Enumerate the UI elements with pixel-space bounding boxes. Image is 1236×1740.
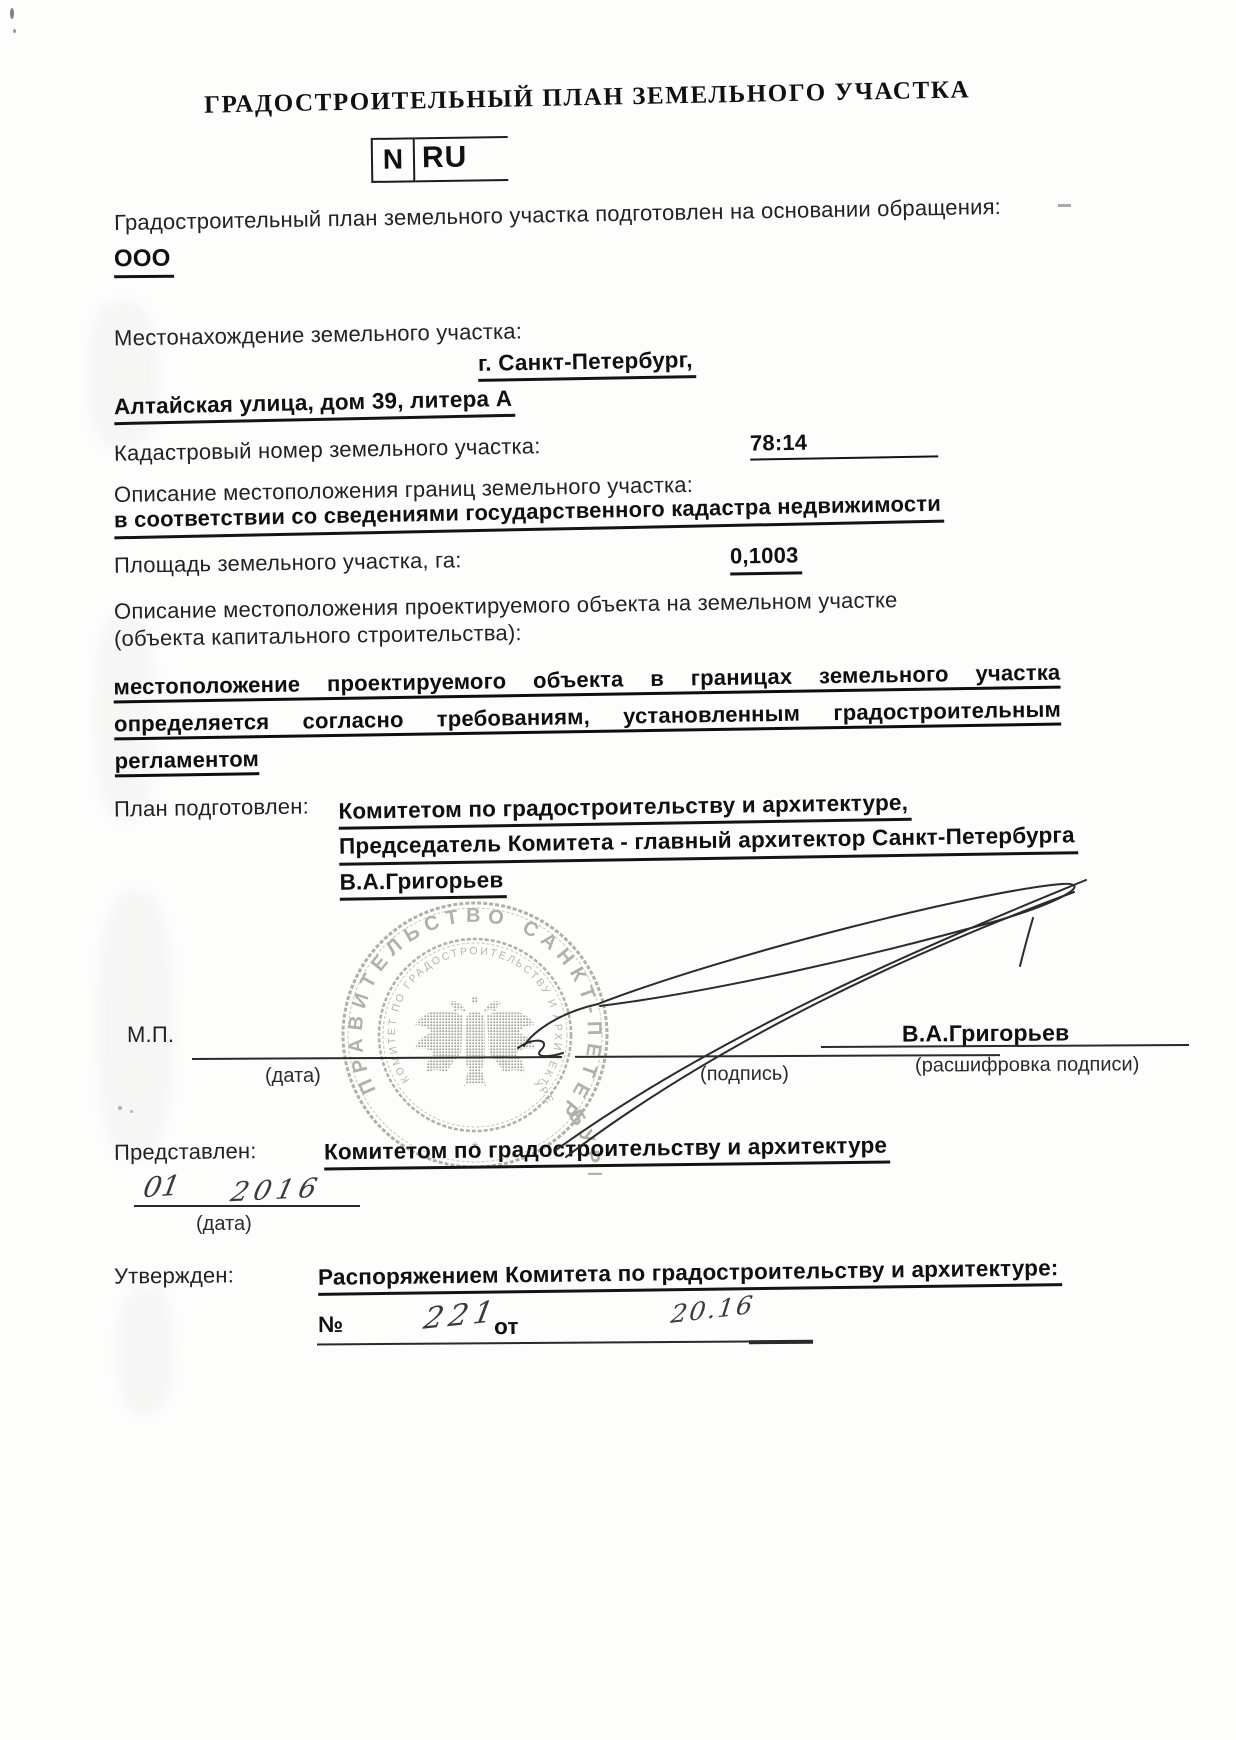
number-box: N RU [371, 136, 509, 183]
object-location-label-2: (объекта капитального строительства): [114, 619, 522, 654]
basis-label: Градостроительный план земельного участк… [114, 193, 1001, 238]
sign-caption: (подпись) [700, 1062, 789, 1087]
submitted-date-line [134, 1205, 360, 1207]
submitted-date-caption: (дата) [196, 1212, 252, 1236]
scan-smudge [118, 1285, 173, 1415]
prepared-value-line-3: В.А.Григорьев [339, 865, 506, 901]
document-page: ГРАДОСТРОИТЕЛЬНЫЙ ПЛАН ЗЕМЕЛЬНОГО УЧАСТК… [0, 0, 1236, 1740]
seal-eagle-icon [415, 997, 535, 1087]
location-city-value: г. Санкт-Петербург, [478, 345, 696, 382]
location-address-value: Алтайская улица, дом 39, литера А [114, 384, 516, 426]
number-box-n: N [371, 137, 416, 183]
area-value: 0,1003 [730, 541, 802, 575]
approved-number-label: № [318, 1310, 344, 1339]
approved-ot-label: от [494, 1312, 519, 1341]
area-label: Площадь земельного участка, га: [114, 546, 462, 580]
location-label: Местонахождение земельного участка: [114, 317, 523, 353]
prepared-value: Комитетом по градостроительству и архите… [338, 785, 1078, 900]
submitted-label: Представлен: [114, 1137, 257, 1167]
submitted-value: Комитетом по градостроительству и архите… [324, 1131, 891, 1171]
scan-speck [13, 29, 16, 33]
approved-label: Утвержден: [114, 1261, 234, 1291]
seal-place-label: М.П. [127, 1021, 174, 1050]
date-caption: (дата) [265, 1064, 321, 1088]
applicant-value: ООО [114, 243, 174, 279]
approved-line-end [749, 1340, 813, 1344]
cadastral-value-box: 78:14 [750, 426, 939, 460]
cadastral-value: 78:14 [750, 430, 808, 456]
name-caption: (расшифровка подписи) [915, 1052, 1139, 1077]
approved-handwritten-date: 20.16 [669, 1290, 756, 1329]
cadastral-label: Кадастровый номер земельного участка: [114, 432, 541, 468]
scan-speck [1058, 204, 1071, 207]
page-title: ГРАДОСТРОИТЕЛЬНЫЙ ПЛАН ЗЕМЕЛЬНОГО УЧАСТК… [204, 76, 971, 119]
prepared-label: План подготовлен: [114, 792, 309, 824]
object-location-value: местоположение проектируемого объекта в … [113, 654, 1062, 780]
submitted-handwritten-month: 01 [141, 1169, 183, 1204]
scan-speck [10, 8, 14, 19]
scan-smudge [88, 300, 158, 450]
submitted-handwritten-year: 2016 [228, 1173, 325, 1209]
approved-line [317, 1340, 749, 1345]
number-box-ru: RU [415, 136, 509, 182]
approved-handwritten-number: 221 [421, 1294, 501, 1336]
approved-value: Распоряжением Комитета по градостроитель… [318, 1253, 1062, 1296]
